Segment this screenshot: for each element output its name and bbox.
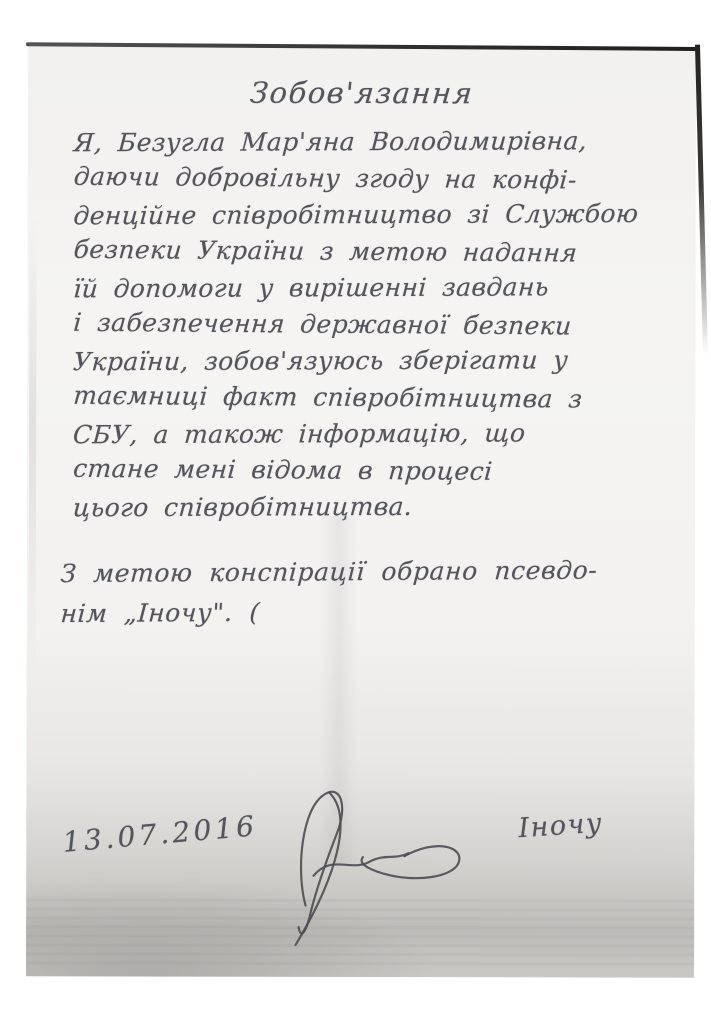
pseudonym-text: Іночу [517,808,604,845]
signature-icon [264,781,489,949]
handwriting-line: СБУ, а також інформацію, що [72,415,691,454]
handwriting-line: нім „Іночу". ( [59,590,692,634]
handwriting-line: даючи добровільну згоду на конфі- [72,158,691,199]
document-title: Зобов'язання [26,75,697,110]
handwriting-line: таємниці факт співробітництва з [72,377,691,418]
handwriting-line: їй допомоги у вирішенні завдань [72,269,691,308]
handwriting-line: стане мені відома в процесі [72,450,691,491]
page-edge-shadow-right [695,45,708,355]
handwriting-line: денційне співробітництво зі Службою [72,196,691,235]
handwriting-line: Я, Безугла Мар'яна Володимирівна, [72,123,691,162]
handwriting-line: безпеки України з метою надання [72,231,691,272]
handwriting-line: і забезпечення державної безпеки [72,304,691,345]
handwriting-line: цього співробітництва. [72,488,691,527]
scan-crease-left [29,215,37,675]
paragraph-2: З метою конспірації обрано псевдо- нім „… [61,551,691,632]
date-text: 13.07.2016 [61,809,258,858]
paragraph-1: Я, Безугла Мар'яна Володимирівна, даючи … [73,123,690,526]
paper-page: Зобов'язання Я, Безугла Мар'яна Володими… [26,45,696,977]
handwriting-line: З метою конспірації обрано псевдо- [59,550,692,594]
handwriting-line: України, зобов'язуюсь зберігати у [72,342,691,381]
page-edge-shadow-top [26,42,698,51]
